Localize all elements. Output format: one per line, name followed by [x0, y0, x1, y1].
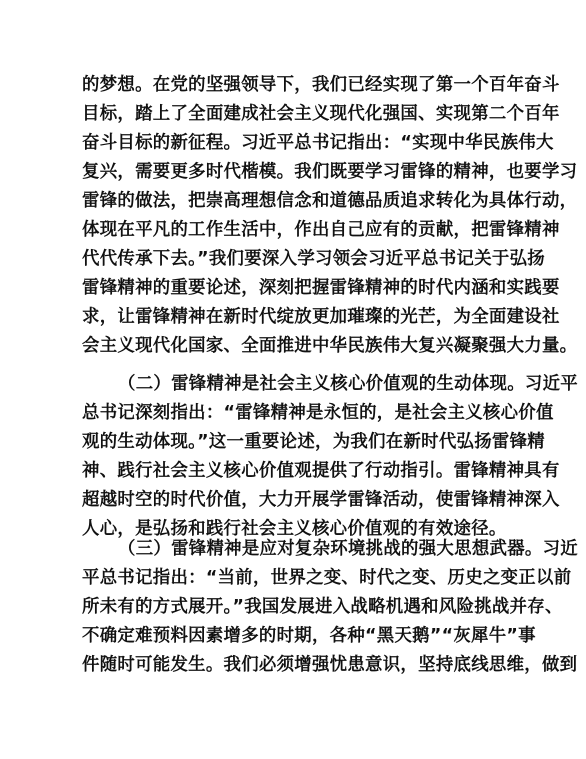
- text-line: 复兴，需要更多时代楷模。我们既要学习雷锋的精神，也要学习: [82, 158, 512, 187]
- text-line: 件随时可能发生。我们必须增强忧患意识，坚持底线思维，做到: [82, 651, 512, 680]
- text-line: 会主义现代化国家、全面推进中华民族伟大复兴凝聚强大力量。: [82, 332, 512, 361]
- text-line: （二）雷锋精神是社会主义核心价值观的生动体现。习近平: [82, 370, 512, 399]
- text-line: 目标，踏上了全面建成社会主义现代化强国、实现第二个百年: [82, 100, 512, 129]
- text-line: 体现在平凡的工作生活中，作出自己应有的贡献，把雷锋精神: [82, 216, 512, 245]
- text-line: 总书记深刻指出：“雷锋精神是永恒的，是社会主义核心价值: [82, 399, 512, 428]
- text-line: （三）雷锋精神是应对复杂环境挑战的强大思想武器。习近: [82, 535, 512, 564]
- text-line: 平总书记指出：“当前，世界之变、时代之变、历史之变正以前: [82, 564, 512, 593]
- text-line: 神、践行社会主义核心价值观提供了行动指引。雷锋精神具有: [82, 457, 512, 486]
- text-line: 雷锋精神的重要论述，深刻把握雷锋精神的时代内涵和实践要: [82, 274, 512, 303]
- document-page: 的梦想。在党的坚强领导下，我们已经实现了第一个百年奋斗 目标，踏上了全面建成社会…: [0, 0, 586, 759]
- text-line: 雷锋的做法，把崇高理想信念和道德品质追求转化为具体行动，: [82, 187, 512, 216]
- paragraph-3: （三）雷锋精神是应对复杂环境挑战的强大思想武器。习近 平总书记指出：“当前，世界…: [82, 535, 512, 680]
- text-line: 代代传承下去。”我们要深入学习领会习近平总书记关于弘扬: [82, 245, 512, 274]
- text-line: 观的生动体现。”这一重要论述，为我们在新时代弘扬雷锋精: [82, 428, 512, 457]
- text-line: 不确定难预料因素增多的时期，各种“黑天鹅”“灰犀牛”事: [82, 622, 512, 651]
- text-line: 奋斗目标的新征程。习近平总书记指出：“实现中华民族伟大: [82, 129, 512, 158]
- paragraph-1: 的梦想。在党的坚强领导下，我们已经实现了第一个百年奋斗 目标，踏上了全面建成社会…: [82, 71, 512, 361]
- text-line: 的梦想。在党的坚强领导下，我们已经实现了第一个百年奋斗: [82, 71, 512, 100]
- text-line: 所未有的方式展开。”我国发展进入战略机遇和风险挑战并存、: [82, 593, 512, 622]
- text-line: 超越时空的时代价值，大力开展学雷锋活动，使雷锋精神深入: [82, 486, 512, 515]
- text-line: 求，让雷锋精神在新时代绽放更加璀璨的光芒，为全面建设社: [82, 303, 512, 332]
- paragraph-2: （二）雷锋精神是社会主义核心价值观的生动体现。习近平 总书记深刻指出：“雷锋精神…: [82, 370, 512, 544]
